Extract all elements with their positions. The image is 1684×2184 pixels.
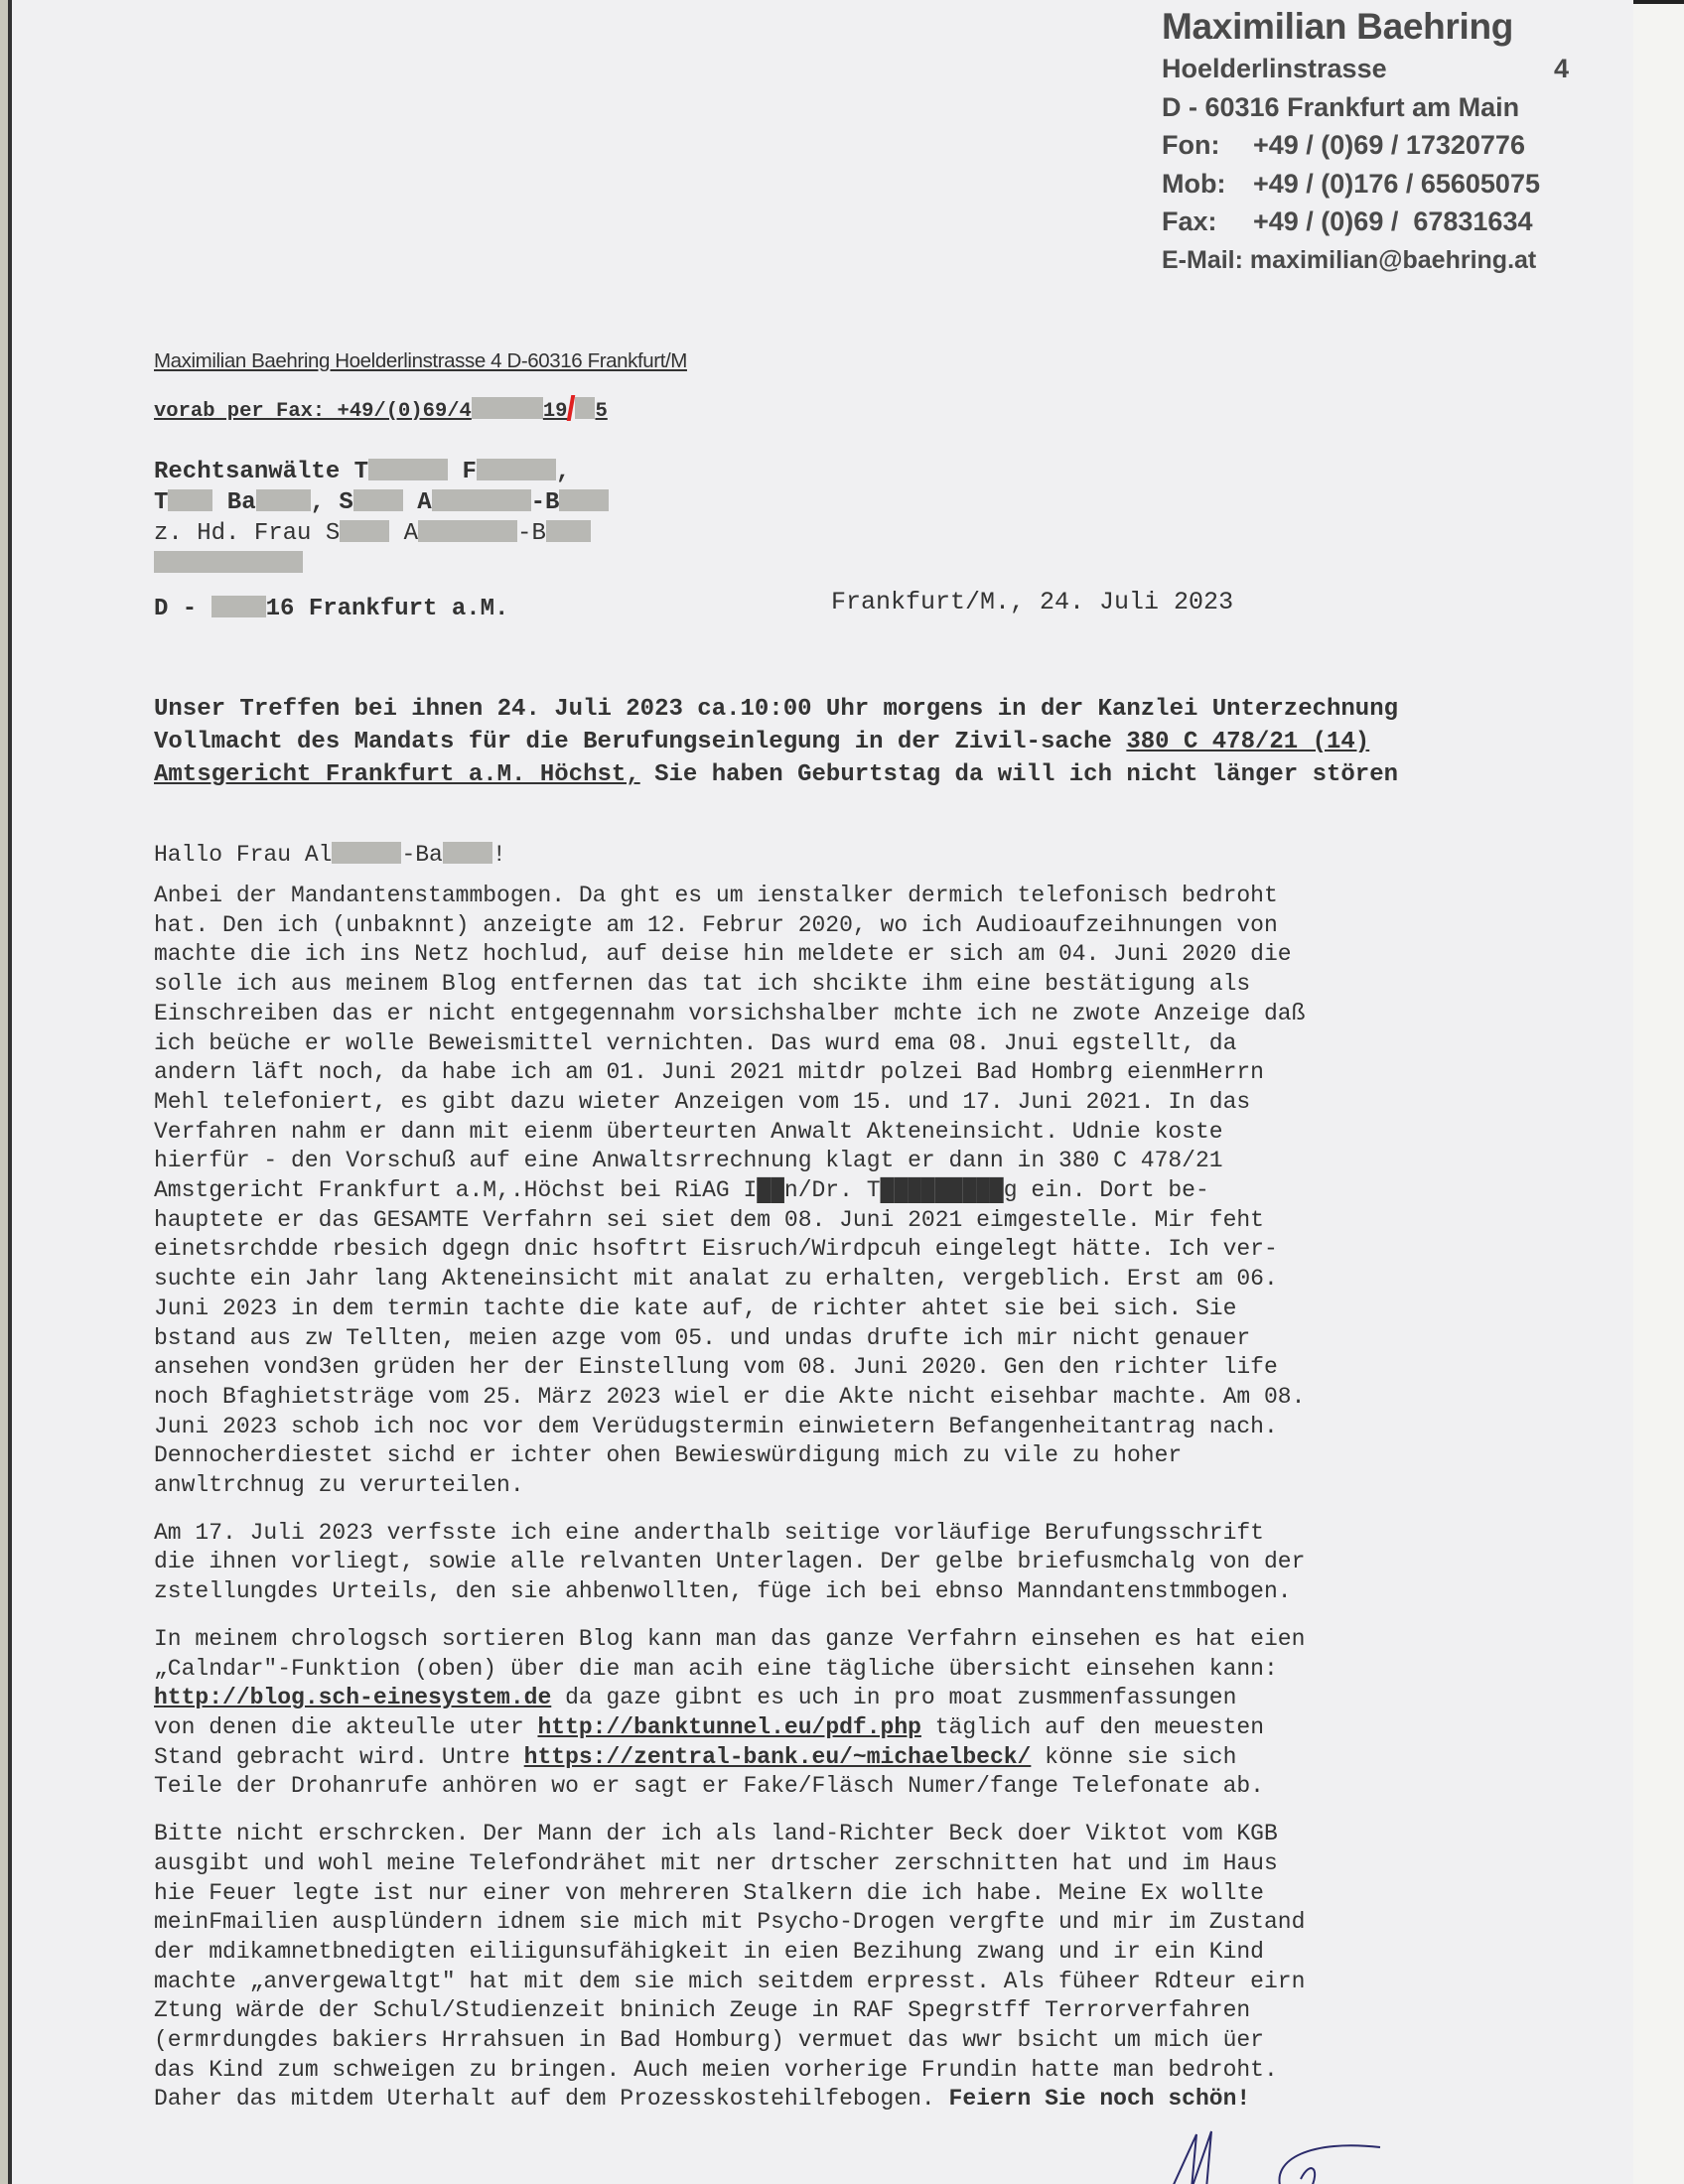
blog-link[interactable]: http://blog.sch-einesystem.de xyxy=(154,1685,551,1710)
subject-line: Unser Treffen bei ihnen 24. Juli 2023 ca… xyxy=(154,693,1474,791)
recipient-line-4 xyxy=(154,549,609,580)
body-paragraph-final: Bitte nicht erschrcken. Der Mann der ich… xyxy=(154,1820,1489,2115)
recipient-line-3: z. Hd. Frau S A-B xyxy=(154,518,609,549)
sender-return-address: Maximilian Baehring Hoelderlinstrasse 4 … xyxy=(154,349,687,373)
letterhead-mobile: Mob:+49 / (0)176 / 65605075 xyxy=(1162,165,1569,204)
body-paragraph-links: In meinem chrologsch sortieren Blog kann… xyxy=(154,1625,1489,1802)
letterhead-street: Hoelderlinstrasse4 xyxy=(1162,50,1569,88)
body-paragraph: Am 17. Juli 2023 verfsste ich eine ander… xyxy=(154,1519,1489,1607)
banktunnel-link[interactable]: http://banktunnel.eu/pdf.php xyxy=(537,1714,920,1740)
zentral-bank-link[interactable]: https://zentral-bank.eu/~michaelbeck/ xyxy=(524,1744,1032,1770)
salutation: Hallo Frau Al-Ba! xyxy=(154,842,506,868)
signature xyxy=(1152,2129,1410,2184)
red-pen-mark xyxy=(567,395,576,421)
redaction xyxy=(168,489,212,511)
redaction xyxy=(477,459,556,480)
redaction xyxy=(154,551,303,573)
closing-remark: Feiern Sie noch schön! xyxy=(949,2086,1251,2112)
recipient-line-1: Rechtsanwälte T F, xyxy=(154,457,609,487)
redaction xyxy=(472,397,543,419)
recipient-line-2: T Ba, S A-B xyxy=(154,487,609,518)
letterhead: Maximilian Baehring Hoelderlinstrasse4 D… xyxy=(1162,4,1569,279)
fax-line: vorab per Fax: +49/(0)69/4195 xyxy=(154,395,608,423)
redaction xyxy=(575,397,595,419)
redaction xyxy=(211,596,266,617)
redaction xyxy=(368,459,448,480)
redaction xyxy=(559,489,609,511)
redaction xyxy=(432,489,531,511)
recipient-address: Rechtsanwälte T F, T Ba, S A-B z. Hd. Fr… xyxy=(154,457,609,580)
back-sheet-edge xyxy=(1633,0,1684,2184)
letterhead-fax: Fax:+49 / (0)69 / 67831634 xyxy=(1162,203,1569,241)
redaction xyxy=(332,842,401,864)
redaction xyxy=(340,520,389,542)
letterhead-phone: Fon:+49 / (0)69 / 17320776 xyxy=(1162,126,1569,165)
letterhead-name: Maximilian Baehring xyxy=(1162,4,1569,50)
letterhead-email: E-Mail: maximilian@baehring.at xyxy=(1162,241,1569,279)
redaction xyxy=(418,520,517,542)
scan-edge xyxy=(0,0,8,2184)
recipient-city: D - 16 Frankfurt a.M. xyxy=(154,596,508,622)
letter-date: Frankfurt/M., 24. Juli 2023 xyxy=(831,588,1233,616)
letterhead-city: D - 60316 Frankfurt am Main xyxy=(1162,88,1569,127)
body-paragraph: Anbei der Mandantenstammbogen. Da ght es… xyxy=(154,882,1489,1501)
redaction xyxy=(256,489,311,511)
redaction xyxy=(353,489,403,511)
letter-body: Anbei der Mandantenstammbogen. Da ght es… xyxy=(154,882,1489,2132)
redaction xyxy=(546,520,591,542)
redaction xyxy=(443,842,492,864)
